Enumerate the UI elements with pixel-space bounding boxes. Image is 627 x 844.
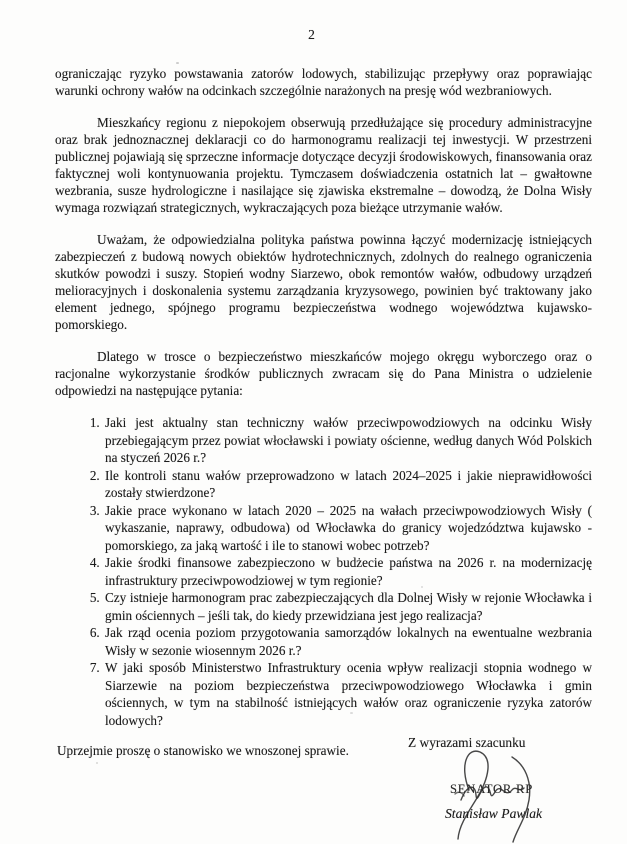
question-item-3: Jakie prace wykonano w latach 2020 – 202…	[103, 502, 592, 555]
scan-speck	[421, 586, 423, 588]
scan-speck	[350, 712, 353, 714]
paragraph-residents-concern: Mieszkańcy regionu z niepokojem obserwuj…	[55, 114, 592, 216]
question-item-4: Jakie środki finansowe zabezpieczono w b…	[103, 554, 592, 589]
scanned-letter-page: 2 ograniczając ryzyko powstawania zatoró…	[0, 0, 627, 844]
questions-list: Jaki jest aktualny stan techniczny wałów…	[55, 414, 592, 729]
signer-title: SENATOR RP	[450, 782, 533, 797]
page-number: 2	[43, 26, 580, 43]
question-item-7: W jaki sposób Ministerstwo Infrastruktur…	[103, 659, 592, 729]
question-item-1: Jaki jest aktualny stan techniczny wałów…	[103, 414, 592, 467]
paragraph-questions-intro: Dlatego w trosce o bezpieczeństwo mieszk…	[55, 348, 592, 399]
scan-speck	[176, 62, 179, 64]
paragraph-continuation: ograniczając ryzyko powstawania zatorów …	[55, 65, 592, 99]
question-item-5: Czy istnieje harmonogram prac zabezpiecz…	[103, 589, 592, 624]
signature-block: Z wyrazami szacunku SENATOR RP Stanisław…	[403, 732, 603, 844]
paragraph-state-policy: Uważam, że odpowiedzialna polityka państ…	[55, 231, 592, 333]
scan-speck	[545, 122, 547, 125]
question-item-2: Ile kontroli stanu wałów przeprowadzono …	[103, 467, 592, 502]
question-item-6: Jak rząd ocenia poziom przygotowania sam…	[103, 624, 592, 659]
signer-name: Stanisław Pawlak	[445, 806, 542, 822]
scan-speck	[96, 762, 98, 764]
scan-speck	[292, 86, 294, 88]
